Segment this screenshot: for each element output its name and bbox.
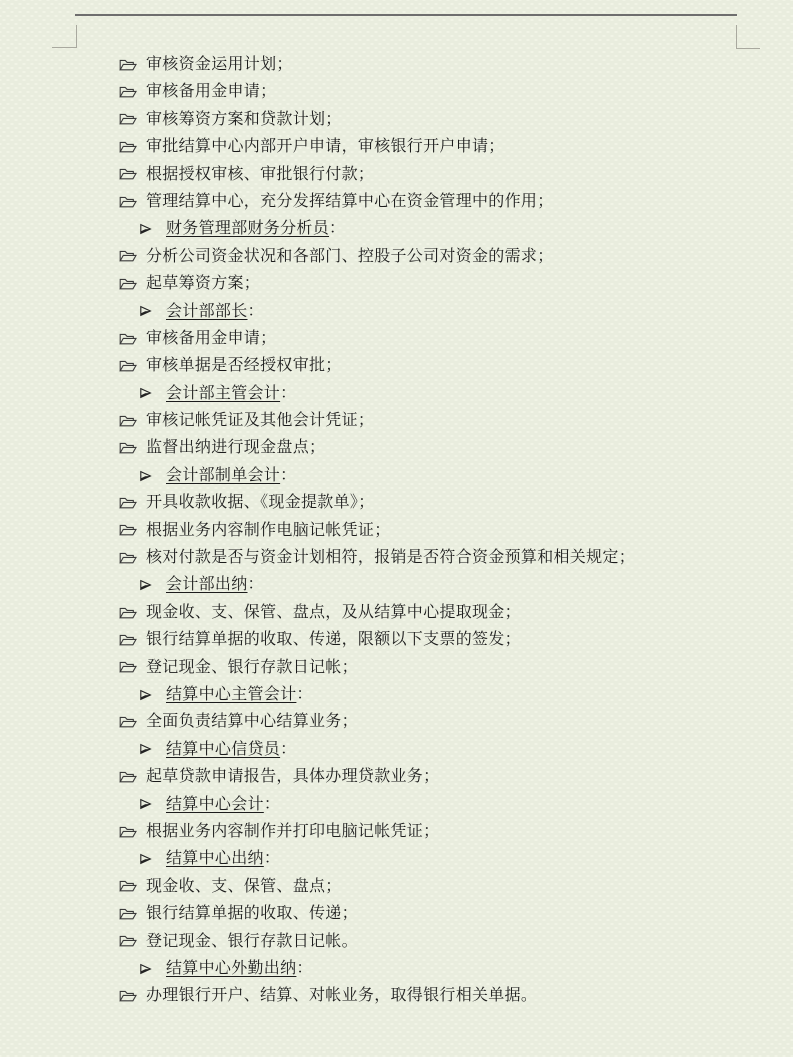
open-folder-icon <box>119 825 137 839</box>
duty-item-text: 核对付款是否与资金计划相符，报销是否符合资金预算和相关规定； <box>146 544 635 571</box>
duty-item-text: 审核备用金申请； <box>146 325 276 352</box>
open-folder-icon <box>119 633 137 647</box>
open-folder-icon <box>119 551 137 565</box>
duty-item-text: 开具收款收据、《现金提款单》； <box>146 489 375 516</box>
duty-item-text: 管理结算中心，充分发挥结算中心在资金管理中的作用； <box>146 188 554 215</box>
role-heading-colon: ： <box>296 681 312 708</box>
role-heading-colon: ： <box>280 380 296 407</box>
open-folder-icon <box>119 58 137 72</box>
duty-list-item: 根据业务内容制作并打印电脑记帐凭证； <box>0 818 793 845</box>
arrowhead-right-icon <box>139 223 153 235</box>
arrowhead-right-icon <box>139 689 153 701</box>
open-folder-icon <box>119 660 137 674</box>
duty-list-item: 起草筹资方案； <box>0 270 793 297</box>
duty-list-item: 审核单据是否经授权审批； <box>0 352 793 379</box>
duty-list-item: 银行结算单据的收取、传递； <box>0 900 793 927</box>
arrowhead-right-icon <box>139 305 153 317</box>
role-heading: 结算中心外勤出纳： <box>0 955 793 982</box>
open-folder-icon <box>119 85 137 99</box>
duty-item-text: 分析公司资金状况和各部门、控股子公司对资金的需求； <box>146 243 554 270</box>
duty-list-item: 起草贷款申请报告，具体办理贷款业务； <box>0 763 793 790</box>
open-folder-icon <box>119 167 137 181</box>
role-heading: 结算中心主管会计： <box>0 681 793 708</box>
open-folder-icon <box>119 195 137 209</box>
duty-item-text: 审核资金运用计划； <box>146 51 293 78</box>
role-heading-text: 结算中心信贷员 <box>166 736 280 763</box>
duty-item-text: 根据业务内容制作并打印电脑记帐凭证； <box>146 818 439 845</box>
role-heading-colon: ： <box>329 215 345 242</box>
duty-item-text: 登记现金、银行存款日记帐； <box>146 654 358 681</box>
role-heading-text: 结算中心外勤出纳 <box>166 955 296 982</box>
open-folder-icon <box>119 140 137 154</box>
role-heading-colon: ： <box>280 736 296 763</box>
duty-list-item: 全面负责结算中心结算业务； <box>0 708 793 735</box>
duty-item-text: 审核单据是否经授权审批； <box>146 352 342 379</box>
duty-list-item: 办理银行开户、结算、对帐业务，取得银行相关单据。 <box>0 982 793 1009</box>
role-heading-colon: ： <box>264 845 280 872</box>
role-heading-text: 结算中心出纳 <box>166 845 264 872</box>
role-heading-colon: ： <box>248 571 264 598</box>
arrowhead-right-icon <box>139 853 153 865</box>
open-folder-icon <box>119 907 137 921</box>
arrowhead-right-icon <box>139 798 153 810</box>
role-heading-text: 财务管理部财务分析员 <box>166 215 329 242</box>
duty-list-item: 审核备用金申请； <box>0 78 793 105</box>
duty-list-item: 审核记帐凭证及其他会计凭证； <box>0 407 793 434</box>
duty-list-item: 登记现金、银行存款日记帐； <box>0 654 793 681</box>
role-heading-colon: ： <box>280 462 296 489</box>
arrowhead-right-icon <box>139 470 153 482</box>
duty-item-text: 银行结算单据的收取、传递，限额以下支票的签发； <box>146 626 521 653</box>
open-folder-icon <box>119 277 137 291</box>
role-heading-text: 会计部主管会计 <box>166 380 280 407</box>
role-heading-colon: ： <box>264 791 280 818</box>
page-top-rule <box>75 14 737 16</box>
arrowhead-right-icon <box>139 963 153 975</box>
role-heading-text: 会计部出纳 <box>166 571 248 598</box>
arrowhead-right-icon <box>139 387 153 399</box>
role-heading-text: 会计部部长 <box>166 298 248 325</box>
duty-list-item: 根据授权审核、审批银行付款； <box>0 161 793 188</box>
role-heading: 会计部出纳： <box>0 571 793 598</box>
duty-list-item: 管理结算中心，充分发挥结算中心在资金管理中的作用； <box>0 188 793 215</box>
role-heading-text: 结算中心会计 <box>166 791 264 818</box>
duty-item-text: 审批结算中心内部开户申请，审核银行开户申请； <box>146 133 505 160</box>
duty-list-item: 监督出纳进行现金盘点； <box>0 434 793 461</box>
duty-item-text: 办理银行开户、结算、对帐业务，取得银行相关单据。 <box>146 982 537 1009</box>
arrowhead-right-icon <box>139 743 153 755</box>
open-folder-icon <box>119 414 137 428</box>
role-heading-text: 会计部制单会计 <box>166 462 280 489</box>
open-folder-icon <box>119 496 137 510</box>
duty-list-item: 开具收款收据、《现金提款单》； <box>0 489 793 516</box>
open-folder-icon <box>119 112 137 126</box>
open-folder-icon <box>119 249 137 263</box>
open-folder-icon <box>119 934 137 948</box>
duty-item-text: 根据业务内容制作电脑记帐凭证； <box>146 517 391 544</box>
open-folder-icon <box>119 715 137 729</box>
duty-list-item: 审核资金运用计划； <box>0 51 793 78</box>
open-folder-icon <box>119 989 137 1003</box>
role-heading: 财务管理部财务分析员： <box>0 215 793 242</box>
role-heading: 结算中心会计： <box>0 791 793 818</box>
duty-item-text: 根据授权审核、审批银行付款； <box>146 161 374 188</box>
text-boundary-mark-top-right <box>736 25 760 49</box>
duty-list-item: 核对付款是否与资金计划相符，报销是否符合资金预算和相关规定； <box>0 544 793 571</box>
duty-item-text: 审核备用金申请； <box>146 78 276 105</box>
role-heading-colon: ： <box>248 298 264 325</box>
duty-item-text: 审核记帐凭证及其他会计凭证； <box>146 407 374 434</box>
duty-item-text: 银行结算单据的收取、传递； <box>146 900 358 927</box>
role-heading: 会计部部长： <box>0 298 793 325</box>
open-folder-icon <box>119 523 137 537</box>
role-heading: 结算中心出纳： <box>0 845 793 872</box>
open-folder-icon <box>119 332 137 346</box>
document-body: 审核资金运用计划； 审核备用金申请； 审核筹资方案和贷款计划； 审批结算中心内部… <box>0 51 793 1010</box>
duty-item-text: 起草筹资方案； <box>146 270 260 297</box>
duty-list-item: 登记现金、银行存款日记帐。 <box>0 928 793 955</box>
duty-list-item: 根据业务内容制作电脑记帐凭证； <box>0 517 793 544</box>
duty-list-item: 现金收、支、保管、盘点，及从结算中心提取现金； <box>0 599 793 626</box>
role-heading: 结算中心信贷员： <box>0 736 793 763</box>
open-folder-icon <box>119 879 137 893</box>
open-folder-icon <box>119 770 137 784</box>
role-heading-colon: ： <box>296 955 312 982</box>
duty-list-item: 分析公司资金状况和各部门、控股子公司对资金的需求； <box>0 243 793 270</box>
role-heading: 会计部主管会计： <box>0 380 793 407</box>
role-heading: 会计部制单会计： <box>0 462 793 489</box>
open-folder-icon <box>119 359 137 373</box>
duty-item-text: 全面负责结算中心结算业务； <box>146 708 358 735</box>
duty-list-item: 现金收、支、保管、盘点； <box>0 873 793 900</box>
duty-item-text: 现金收、支、保管、盘点，及从结算中心提取现金； <box>146 599 521 626</box>
duty-list-item: 审核筹资方案和贷款计划； <box>0 106 793 133</box>
duty-item-text: 登记现金、银行存款日记帐。 <box>146 928 358 955</box>
role-heading-text: 结算中心主管会计 <box>166 681 296 708</box>
duty-item-text: 现金收、支、保管、盘点； <box>146 873 342 900</box>
arrowhead-right-icon <box>139 579 153 591</box>
duty-list-item: 审批结算中心内部开户申请，审核银行开户申请； <box>0 133 793 160</box>
duty-list-item: 审核备用金申请； <box>0 325 793 352</box>
open-folder-icon <box>119 441 137 455</box>
open-folder-icon <box>119 606 137 620</box>
duty-item-text: 起草贷款申请报告，具体办理贷款业务； <box>146 763 439 790</box>
duty-item-text: 监督出纳进行现金盘点； <box>146 434 325 461</box>
duty-item-text: 审核筹资方案和贷款计划； <box>146 106 342 133</box>
duty-list-item: 银行结算单据的收取、传递，限额以下支票的签发； <box>0 626 793 653</box>
text-boundary-mark-top-left <box>52 25 77 48</box>
